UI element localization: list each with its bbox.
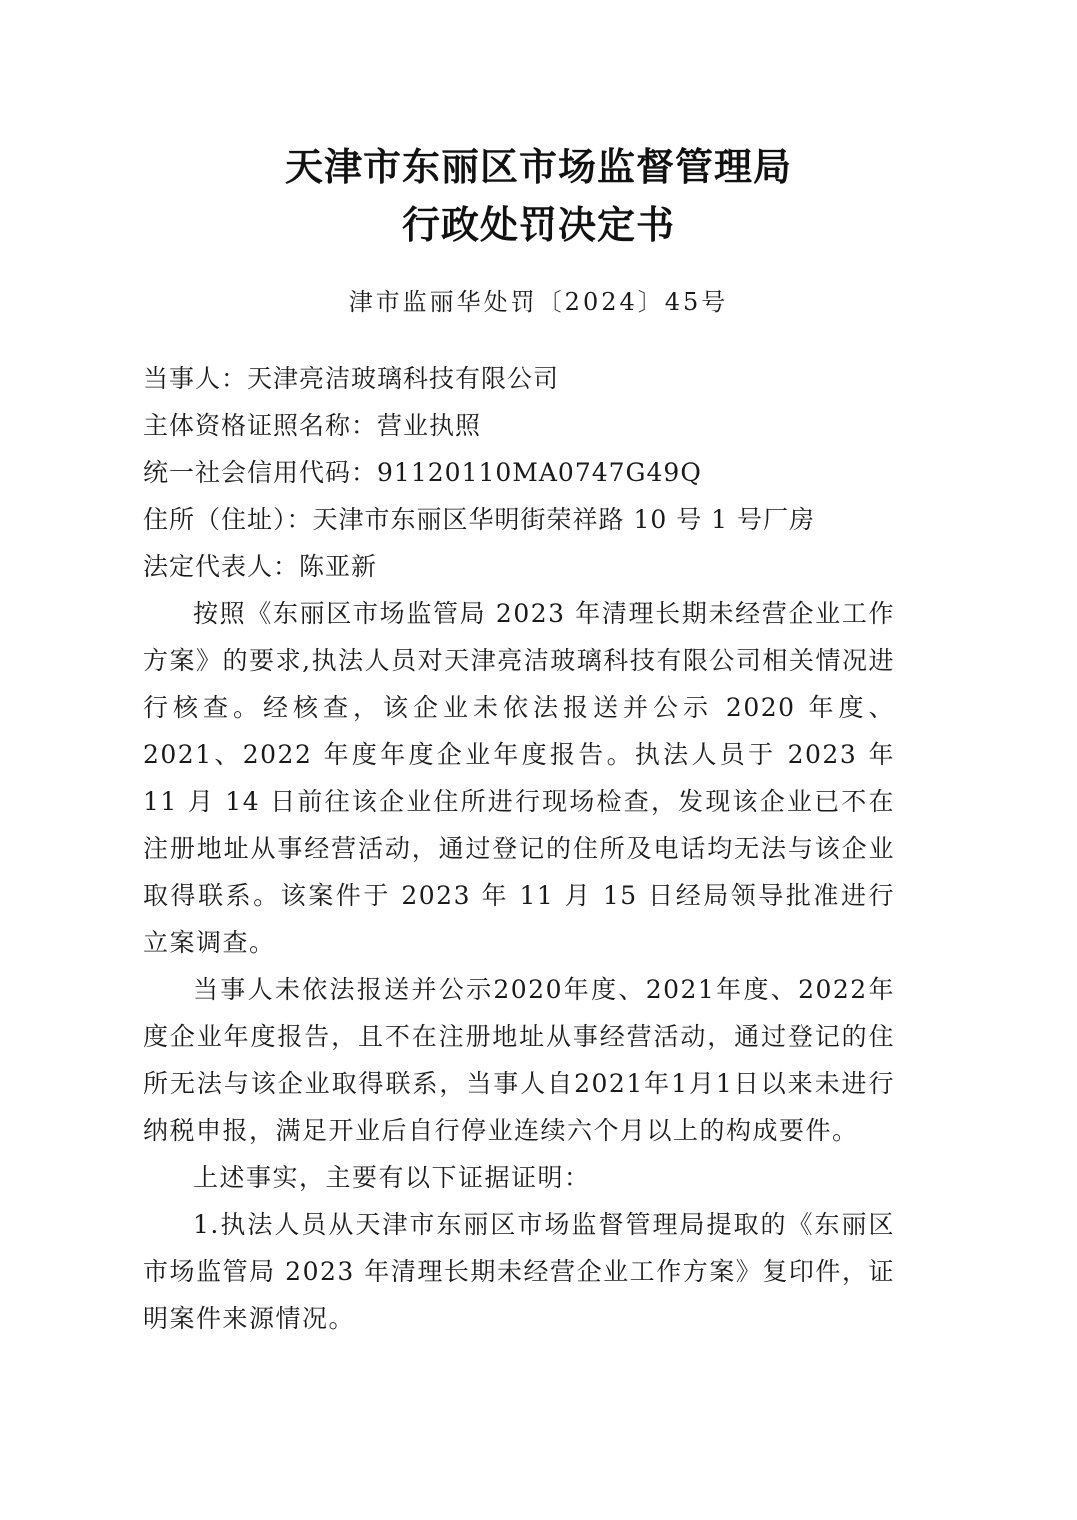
license-name-label: 主体资格证照名称： (143, 411, 377, 440)
legal-rep-label: 法定代表人： (143, 552, 299, 581)
party-field: 当事人：天津亮洁玻璃科技有限公司 (143, 355, 895, 402)
document-page: 天津市东丽区市场监督管理局 行政处罚决定书 津市监丽华处罚〔2024〕45号 当… (0, 0, 1077, 1520)
license-name-field: 主体资格证照名称：营业执照 (143, 402, 895, 449)
address-value: 天津市东丽区华明街荣祥路 10 号 1 号厂房 (313, 505, 816, 534)
address-label: 住所（住址）： (143, 505, 313, 534)
license-name-value: 营业执照 (377, 411, 481, 440)
legal-rep-value: 陈亚新 (299, 552, 377, 581)
paragraph-evidence-intro: 上述事实，主要有以下证据证明： (143, 1154, 895, 1201)
paragraph-evidence-item-1: 1.执法人员从天津市东丽区市场监督管理局提取的《东丽区市场监管局 2023 年清… (143, 1201, 895, 1342)
address-field: 住所（住址）：天津市东丽区华明街荣祥路 10 号 1 号厂房 (143, 496, 895, 543)
document-title-agency: 天津市东丽区市场监督管理局 (0, 136, 1077, 191)
credit-code-label: 统一社会信用代码： (143, 458, 377, 487)
credit-code-value: 91120110MA0747G49Q (377, 458, 702, 487)
document-number: 津市监丽华处罚〔2024〕45号 (0, 282, 1077, 317)
legal-rep-field: 法定代表人：陈亚新 (143, 543, 895, 590)
party-value: 天津亮洁玻璃科技有限公司 (247, 364, 559, 393)
paragraph-violation-facts: 当事人未依法报送并公示2020年度、2021年度、2022年度企业年度报告，且不… (143, 966, 895, 1154)
paragraph-case-source: 按照《东丽区市场监管局 2023 年清理长期未经营企业工作方案》的要求,执法人员… (143, 590, 895, 966)
document-title-type: 行政处罚决定书 (0, 194, 1077, 249)
credit-code-field: 统一社会信用代码：91120110MA0747G49Q (143, 449, 895, 496)
party-label: 当事人： (143, 364, 247, 393)
document-body: 当事人：天津亮洁玻璃科技有限公司 主体资格证照名称：营业执照 统一社会信用代码：… (143, 355, 895, 1342)
